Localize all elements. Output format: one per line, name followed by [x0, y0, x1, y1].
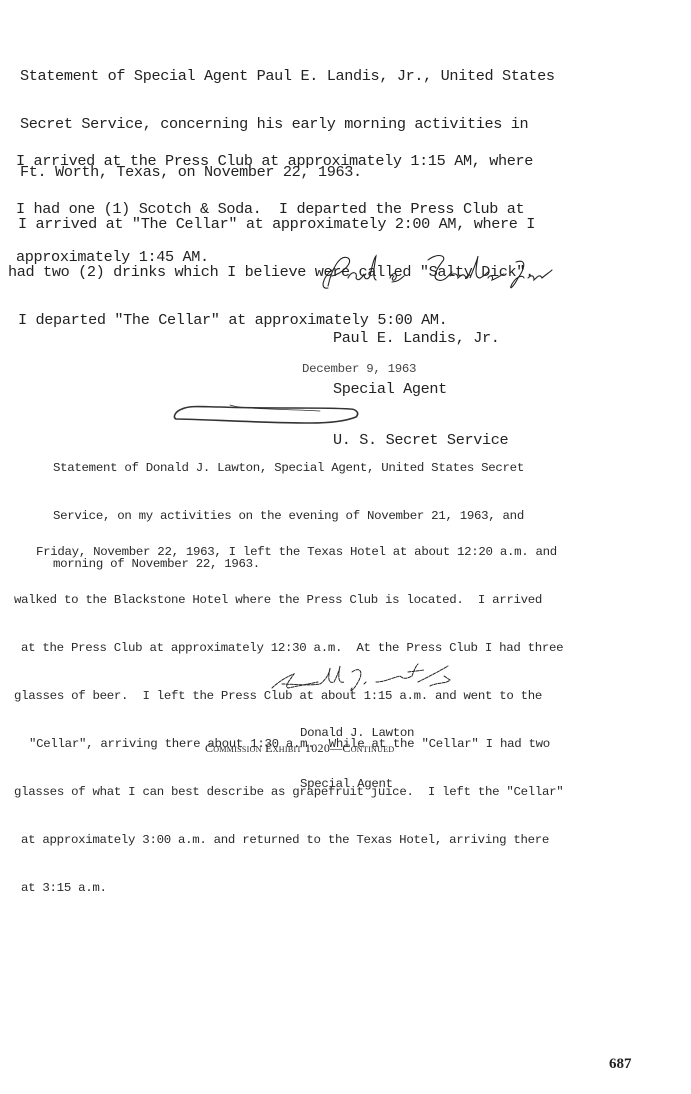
landis-signature — [318, 248, 578, 298]
page-number: 687 — [609, 1056, 632, 1073]
lawton-name: Donald J. Lawton — [300, 725, 414, 742]
landis-intro-line: Statement of Special Agent Paul E. Landi… — [20, 68, 555, 84]
landis-para1-line: I arrived at the Press Club at approxima… — [16, 153, 533, 169]
lawton-body-line: at the Press Club at approximately 12:30… — [21, 640, 563, 656]
exhibit-caption: Commission Exhibit 1020—Continued — [205, 741, 394, 756]
lawton-body-line: at approximately 3:00 a.m. and returned … — [21, 832, 563, 848]
lawton-body-line: glasses of what I can best describe as g… — [14, 784, 563, 800]
landis-name: Paul E. Landis, Jr. — [333, 330, 508, 347]
exhibit-caption-text: Commission Exhibit 1020—Continued — [205, 741, 394, 755]
lawton-body-line: walked to the Blackstone Hotel where the… — [14, 592, 563, 608]
lawton-intro-line: Statement of Donald J. Lawton, Special A… — [53, 460, 524, 476]
lawton-body-line: Friday, November 22, 1963, I left the Te… — [36, 544, 563, 560]
landis-para2-line: I arrived at "The Cellar" at approximate… — [18, 216, 535, 232]
redaction-scribble — [170, 403, 370, 427]
landis-date: December 9, 1963 — [302, 361, 416, 377]
lawton-body-line: at 3:15 a.m. — [21, 880, 563, 896]
lawton-title: Special Agent — [300, 776, 414, 793]
landis-title: Special Agent — [333, 381, 508, 398]
